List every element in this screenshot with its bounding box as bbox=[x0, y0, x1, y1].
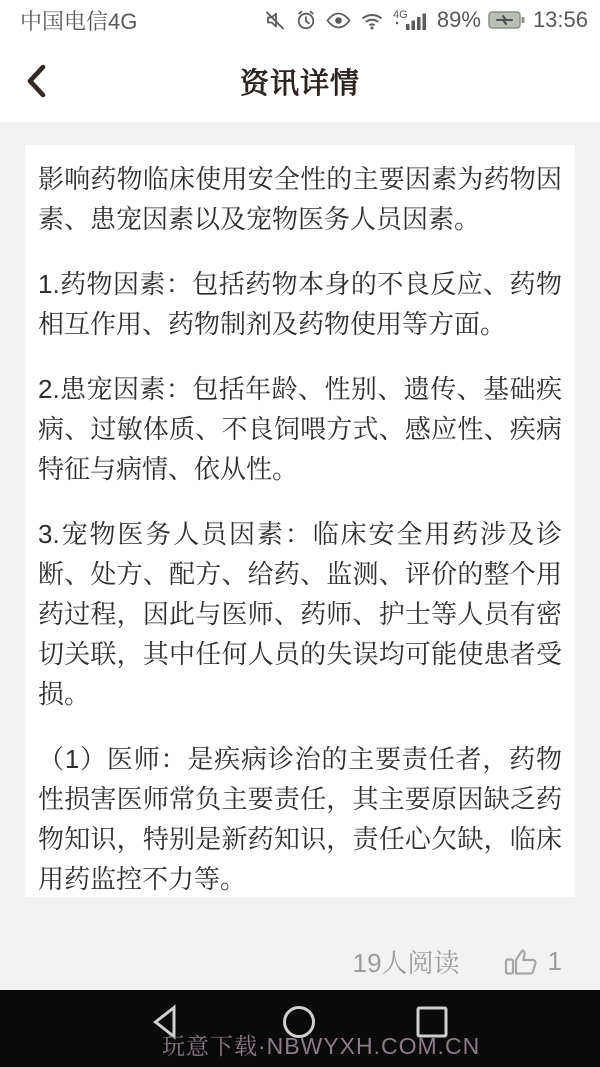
page-title: 资讯详情 bbox=[240, 61, 360, 102]
article-paragraph: （1）医师：是疾病诊治的主要责任者，药物性损害医师常负主要责任，其主要原因缺乏药… bbox=[38, 739, 562, 897]
article-paragraph: 3.宠物医务人员因素：临床安全用药涉及诊断、处方、配方、给药、监测、评价的整个用… bbox=[38, 514, 562, 714]
android-nav-bar: 玩意下载·NBWYXH.COM.CN bbox=[0, 990, 600, 1067]
article-card: 影响药物临床使用安全性的主要因素为药物因素、患宠因素以及宠物医务人员因素。 1.… bbox=[25, 145, 575, 897]
header: 资讯详情 bbox=[0, 40, 600, 122]
battery-icon bbox=[488, 9, 526, 31]
read-count: 19人阅读 bbox=[353, 943, 460, 980]
watermark-label: 玩意下载·NBWYXH.COM.CN bbox=[162, 1028, 480, 1061]
like-button[interactable]: 1 bbox=[504, 946, 562, 978]
thumbs-up-icon bbox=[504, 946, 540, 978]
like-count: 1 bbox=[548, 946, 562, 977]
back-button[interactable] bbox=[24, 64, 58, 100]
eye-icon bbox=[325, 8, 352, 32]
article-paragraph: 影响药物临床使用安全性的主要因素为药物因素、患宠因素以及宠物医务人员因素。 bbox=[38, 159, 562, 239]
article-paragraph: 1.药物因素：包括药物本身的不良反应、药物相互作用、药物制剂及药物使用等方面。 bbox=[38, 264, 562, 344]
content-area: 影响药物临床使用安全性的主要因素为药物因素、患宠因素以及宠物医务人员因素。 1.… bbox=[0, 122, 600, 990]
network-label: 4G bbox=[393, 9, 408, 21]
article-paragraph: 2.患宠因素：包括年龄、性别、遗传、基础疾病、过敏体质、不良饲喂方式、感应性、疾… bbox=[38, 369, 562, 489]
signal-icon: 4G bbox=[392, 7, 430, 33]
back-chevron-icon bbox=[24, 63, 48, 102]
article-meta: 19人阅读 1 bbox=[20, 943, 580, 980]
status-bar: 中国电信4G bbox=[0, 0, 600, 40]
clock: 13:56 bbox=[533, 7, 588, 33]
wifi-icon bbox=[359, 8, 385, 32]
alarm-icon bbox=[294, 8, 318, 32]
battery-percent: 89% bbox=[437, 7, 481, 33]
mute-icon bbox=[263, 8, 287, 32]
carrier-label: 中国电信4G bbox=[20, 5, 137, 36]
